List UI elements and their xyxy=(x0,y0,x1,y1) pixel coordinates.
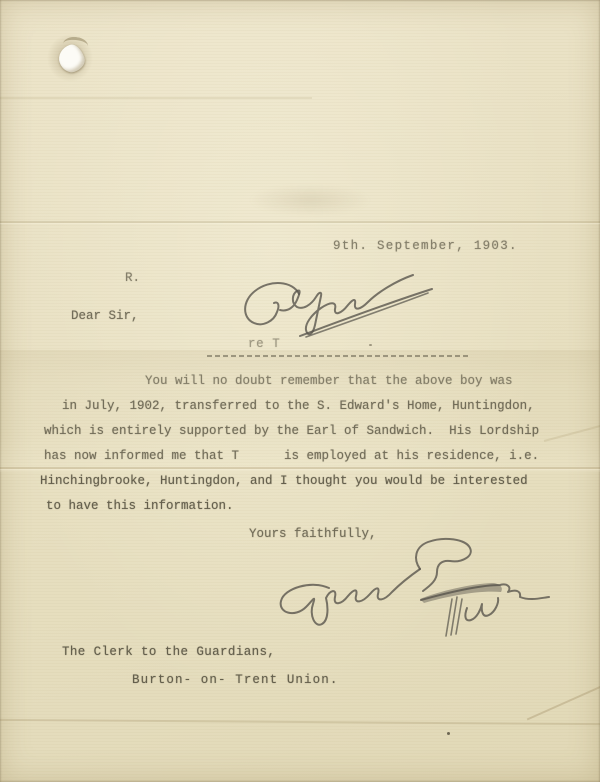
scanned-letter-page: 9th. September, 1903. R. Dear Sir, re T … xyxy=(0,0,600,782)
crease-line xyxy=(0,97,312,99)
body-line: in July, 1902, transferred to the S. Edw… xyxy=(62,399,535,413)
subject-line: re T xyxy=(248,337,280,351)
crease-line-diagonal xyxy=(527,680,600,721)
crease-line xyxy=(0,221,600,223)
reference-mark: R. xyxy=(125,271,140,285)
subject-underline-dashes xyxy=(207,355,470,357)
recipient-name: The Clerk to the Guardians, xyxy=(62,645,275,659)
paper-speck xyxy=(447,732,450,735)
body-line: to have this information. xyxy=(46,499,234,513)
date-line: 9th. September, 1903. xyxy=(333,239,518,253)
recipient-address: Burton- on- Trent Union. xyxy=(132,673,338,687)
signature-scrawl xyxy=(0,0,600,782)
ink-smudge xyxy=(248,184,372,216)
paper-speck xyxy=(369,344,372,346)
body-line: which is entirely supported by the Earl … xyxy=(44,424,539,438)
crease-line-diagonal xyxy=(544,424,600,442)
body-line: has now informed me that T is employed a… xyxy=(44,449,539,463)
salutation: Dear Sir, xyxy=(71,309,139,323)
crease-line xyxy=(0,719,600,725)
body-line: You will no doubt remember that the abov… xyxy=(145,374,513,388)
crease-line xyxy=(0,467,600,469)
copy-annotation-scrawl xyxy=(0,0,600,782)
paper-texture xyxy=(0,0,600,782)
body-line: Hinchingbrooke, Huntingdon, and I though… xyxy=(40,474,528,488)
valediction: Yours faithfully, xyxy=(249,527,377,541)
